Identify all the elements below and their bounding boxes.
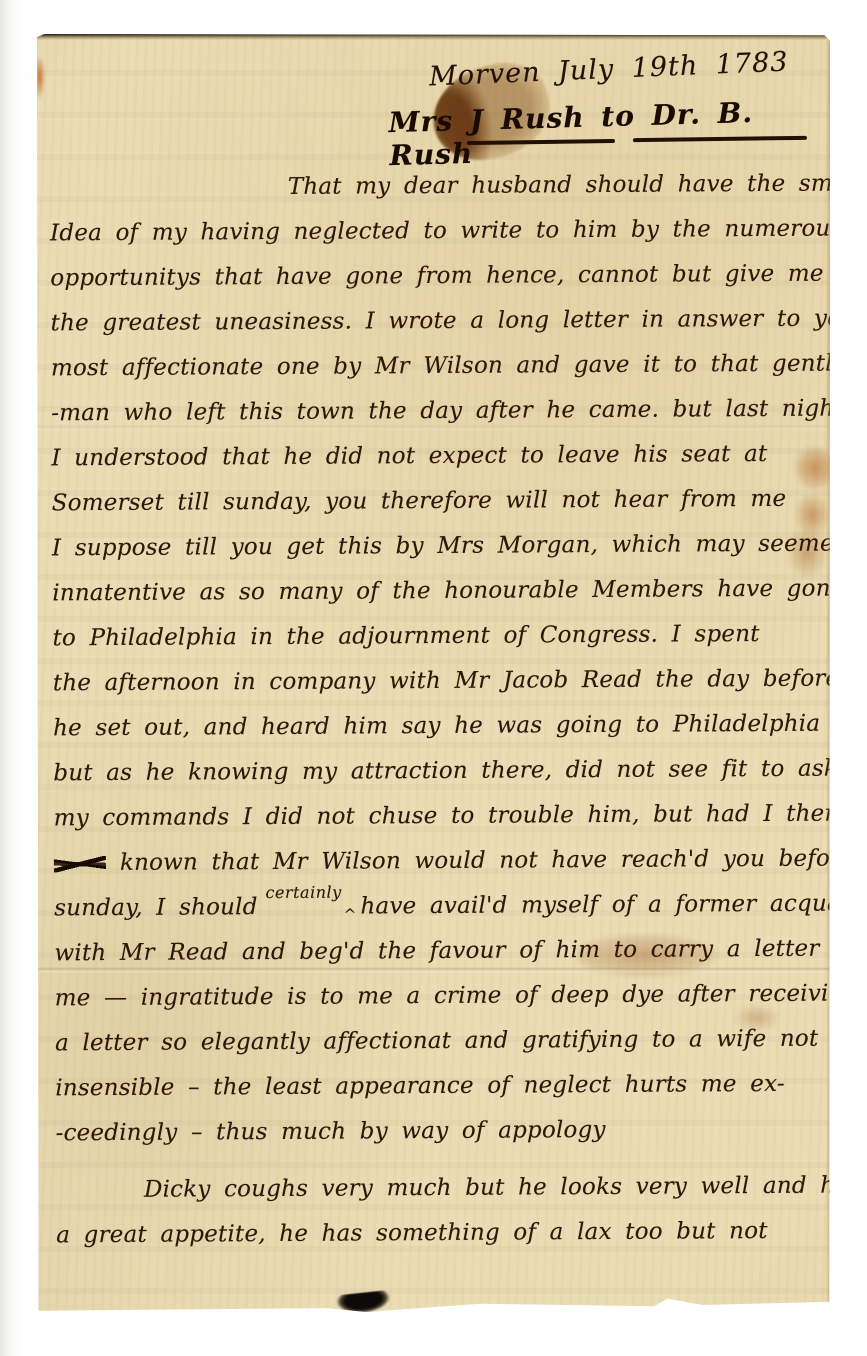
interline-inserted-word: certainly	[265, 870, 341, 915]
bottom-edge-tear	[336, 1289, 404, 1316]
letter-line: with Mr Read and beg'd the favour of him…	[46, 927, 826, 977]
letter-line: but as he knowing my attraction there, d…	[45, 747, 825, 797]
insertion-caret-mark: ^	[344, 892, 357, 937]
letter-line: opportunitys that have gone from hence, …	[42, 252, 822, 302]
insertion-before-text: sunday, I should	[54, 894, 258, 921]
letter-docket: Mrs J Rush to Dr. B. Rush	[388, 94, 831, 172]
letter-line: to Philadelphia in the adjournment of Co…	[44, 612, 824, 662]
letter-line: the greatest uneasiness. I wrote a long …	[42, 297, 822, 347]
letter-line: I understood that he did not expect to l…	[43, 432, 823, 482]
insertion-after-text: have avail'd myself of a former acquaint…	[360, 890, 867, 919]
letter-line: -ceedingly – thus much by way of appolog…	[47, 1107, 827, 1157]
letter-line-with-strikeout: known that Mr Wilson would not have reac…	[46, 837, 826, 887]
letter-line: Idea of my having neglected to write to …	[42, 207, 822, 257]
letter-paper-sheet: Morven July 19th 1783 Mrs J Rush to Dr. …	[37, 34, 830, 1312]
letter-paragraph-2: Dicky coughs very much but he looks very…	[48, 1164, 829, 1259]
letter-line: the afternoon in company with Mr Jacob R…	[45, 657, 825, 707]
letter-dateline: Morven July 19th 1783	[429, 46, 790, 92]
letter-body: That my dear husband should have the sma…	[42, 162, 829, 1259]
scanned-letter-page: { "letter": { "dateline": "Morven July 1…	[0, 0, 867, 1356]
letter-line: Dicky coughs very much but he looks very…	[48, 1164, 828, 1214]
crossed-out-word	[54, 856, 106, 872]
letter-line: me — ingratitude is to me a crime of dee…	[47, 972, 827, 1022]
letter-line: -man who left this town the day after he…	[43, 387, 823, 437]
letter-line: Somerset till sunday, you therefore will…	[44, 477, 824, 527]
letter-line: I suppose till you get this by Mrs Morga…	[44, 522, 824, 572]
letter-line: a great appetite, he has something of a …	[48, 1209, 828, 1259]
letter-line-with-insertion: sunday, I shouldcertainly^have avail'd m…	[46, 882, 826, 932]
letter-line-text: known that Mr Wilson would not have reac…	[120, 845, 855, 875]
letter-line: my commands I did not chuse to trouble h…	[46, 792, 826, 842]
letter-line: a letter so elegantly affectionat and gr…	[47, 1017, 827, 1067]
letter-line: That my dear husband should have the sma…	[42, 162, 822, 212]
letter-line: innatentive as so many of the honourable…	[44, 567, 824, 617]
letter-line: he set out, and heard him say he was goi…	[45, 702, 825, 752]
letter-line: insensible – the least appearance of neg…	[47, 1062, 827, 1112]
edge-rust-stain	[36, 58, 45, 106]
letter-line: most affectionate one by Mr Wilson and g…	[43, 342, 823, 392]
